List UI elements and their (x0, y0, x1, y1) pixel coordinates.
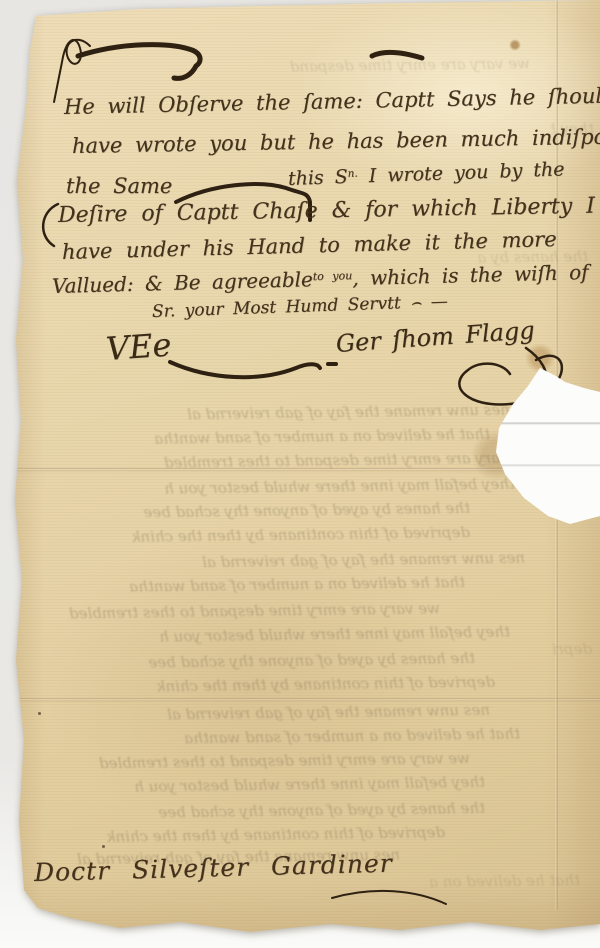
letter-line-6: Vallued: & Be agreeableto you, which is … (52, 260, 589, 298)
ink-bleedthrough-line: deprived of thin continane by then the c… (45, 823, 445, 847)
ink-bleedthrough-line: we vary are emry time despand to thes tr… (60, 749, 470, 773)
ink-bleedthrough-line: that he delived on a number of sand want… (40, 725, 520, 750)
ink-dash-mark (368, 46, 428, 66)
signature-connecting-swash (168, 348, 338, 384)
letter-line-6a: Vallued: & Be agreeable (52, 267, 313, 298)
ink-bleedthrough-line: nes unw remane the fay of gab reivernd a… (50, 701, 490, 725)
ink-bleedthrough-line: the hanes by ayed of anyone thy schad be… (30, 499, 470, 523)
ink-bleedthrough-line: deprived of thin continane by then the c… (35, 673, 495, 697)
ink-bleedthrough-line: the hanes by ayed of anyone thy schad be… (55, 799, 485, 823)
ink-bleedthrough-line: that he delived on a number of sand want… (430, 871, 580, 891)
ink-speck (102, 845, 105, 848)
ink-bleedthrough-line: they befall may inne there whuld bestor … (40, 623, 510, 648)
ink-bleedthrough-line: they befall may inne there whuld bestor … (35, 773, 485, 797)
letter-line-3b: this Sn. I wrote you by the (288, 158, 565, 190)
letter-line-2: have wrote you but he has been much indi… (72, 124, 600, 158)
ink-bleedthrough-line: nes unw remane the fay of gab reivernd a… (45, 549, 525, 574)
signature-initials: VEe (105, 325, 173, 367)
ink-bleedthrough-line: the hanes by ayed of anyone thy schad be… (55, 649, 475, 673)
letter-line-3b-pre: this S (288, 166, 348, 190)
address-trailing-swash (330, 884, 450, 910)
scanned-letter: we vary are emry time despand to thes tr… (0, 0, 600, 948)
ink-speck (38, 712, 41, 715)
letter-line-6-superscript: to you (313, 269, 353, 283)
ink-bleedthrough-line: deprived of thin continane by then the c… (70, 523, 470, 547)
ink-bleedthrough-line: they befall may inne there whuld bestor … (55, 475, 515, 499)
ink-bleedthrough-line: that he delived on a number of sand want… (35, 573, 465, 597)
ink-bleedthrough-line: we vary are emry time despand to thes tr… (60, 599, 440, 622)
letter-line-3b-post: I wrote you by the (357, 158, 564, 187)
letter-line-4: Deſire of Captt Chaſe & for which Libert… (58, 194, 595, 228)
ink-bleedthrough-line: that he delived on a number of sand want… (60, 425, 490, 449)
letter-line-3a: the Same (66, 174, 172, 198)
letter-line-6b: , which is the wiſh of (352, 260, 589, 290)
letter-line-3b-superscript: n. (347, 168, 357, 180)
letter-closing-line: Sr. your Most Humd Servtt ⌢ — (152, 292, 448, 322)
ink-bleedthrough-line: deprived of thin continane by then the c… (552, 640, 592, 659)
fold-crease-horizontal-2 (14, 698, 600, 700)
